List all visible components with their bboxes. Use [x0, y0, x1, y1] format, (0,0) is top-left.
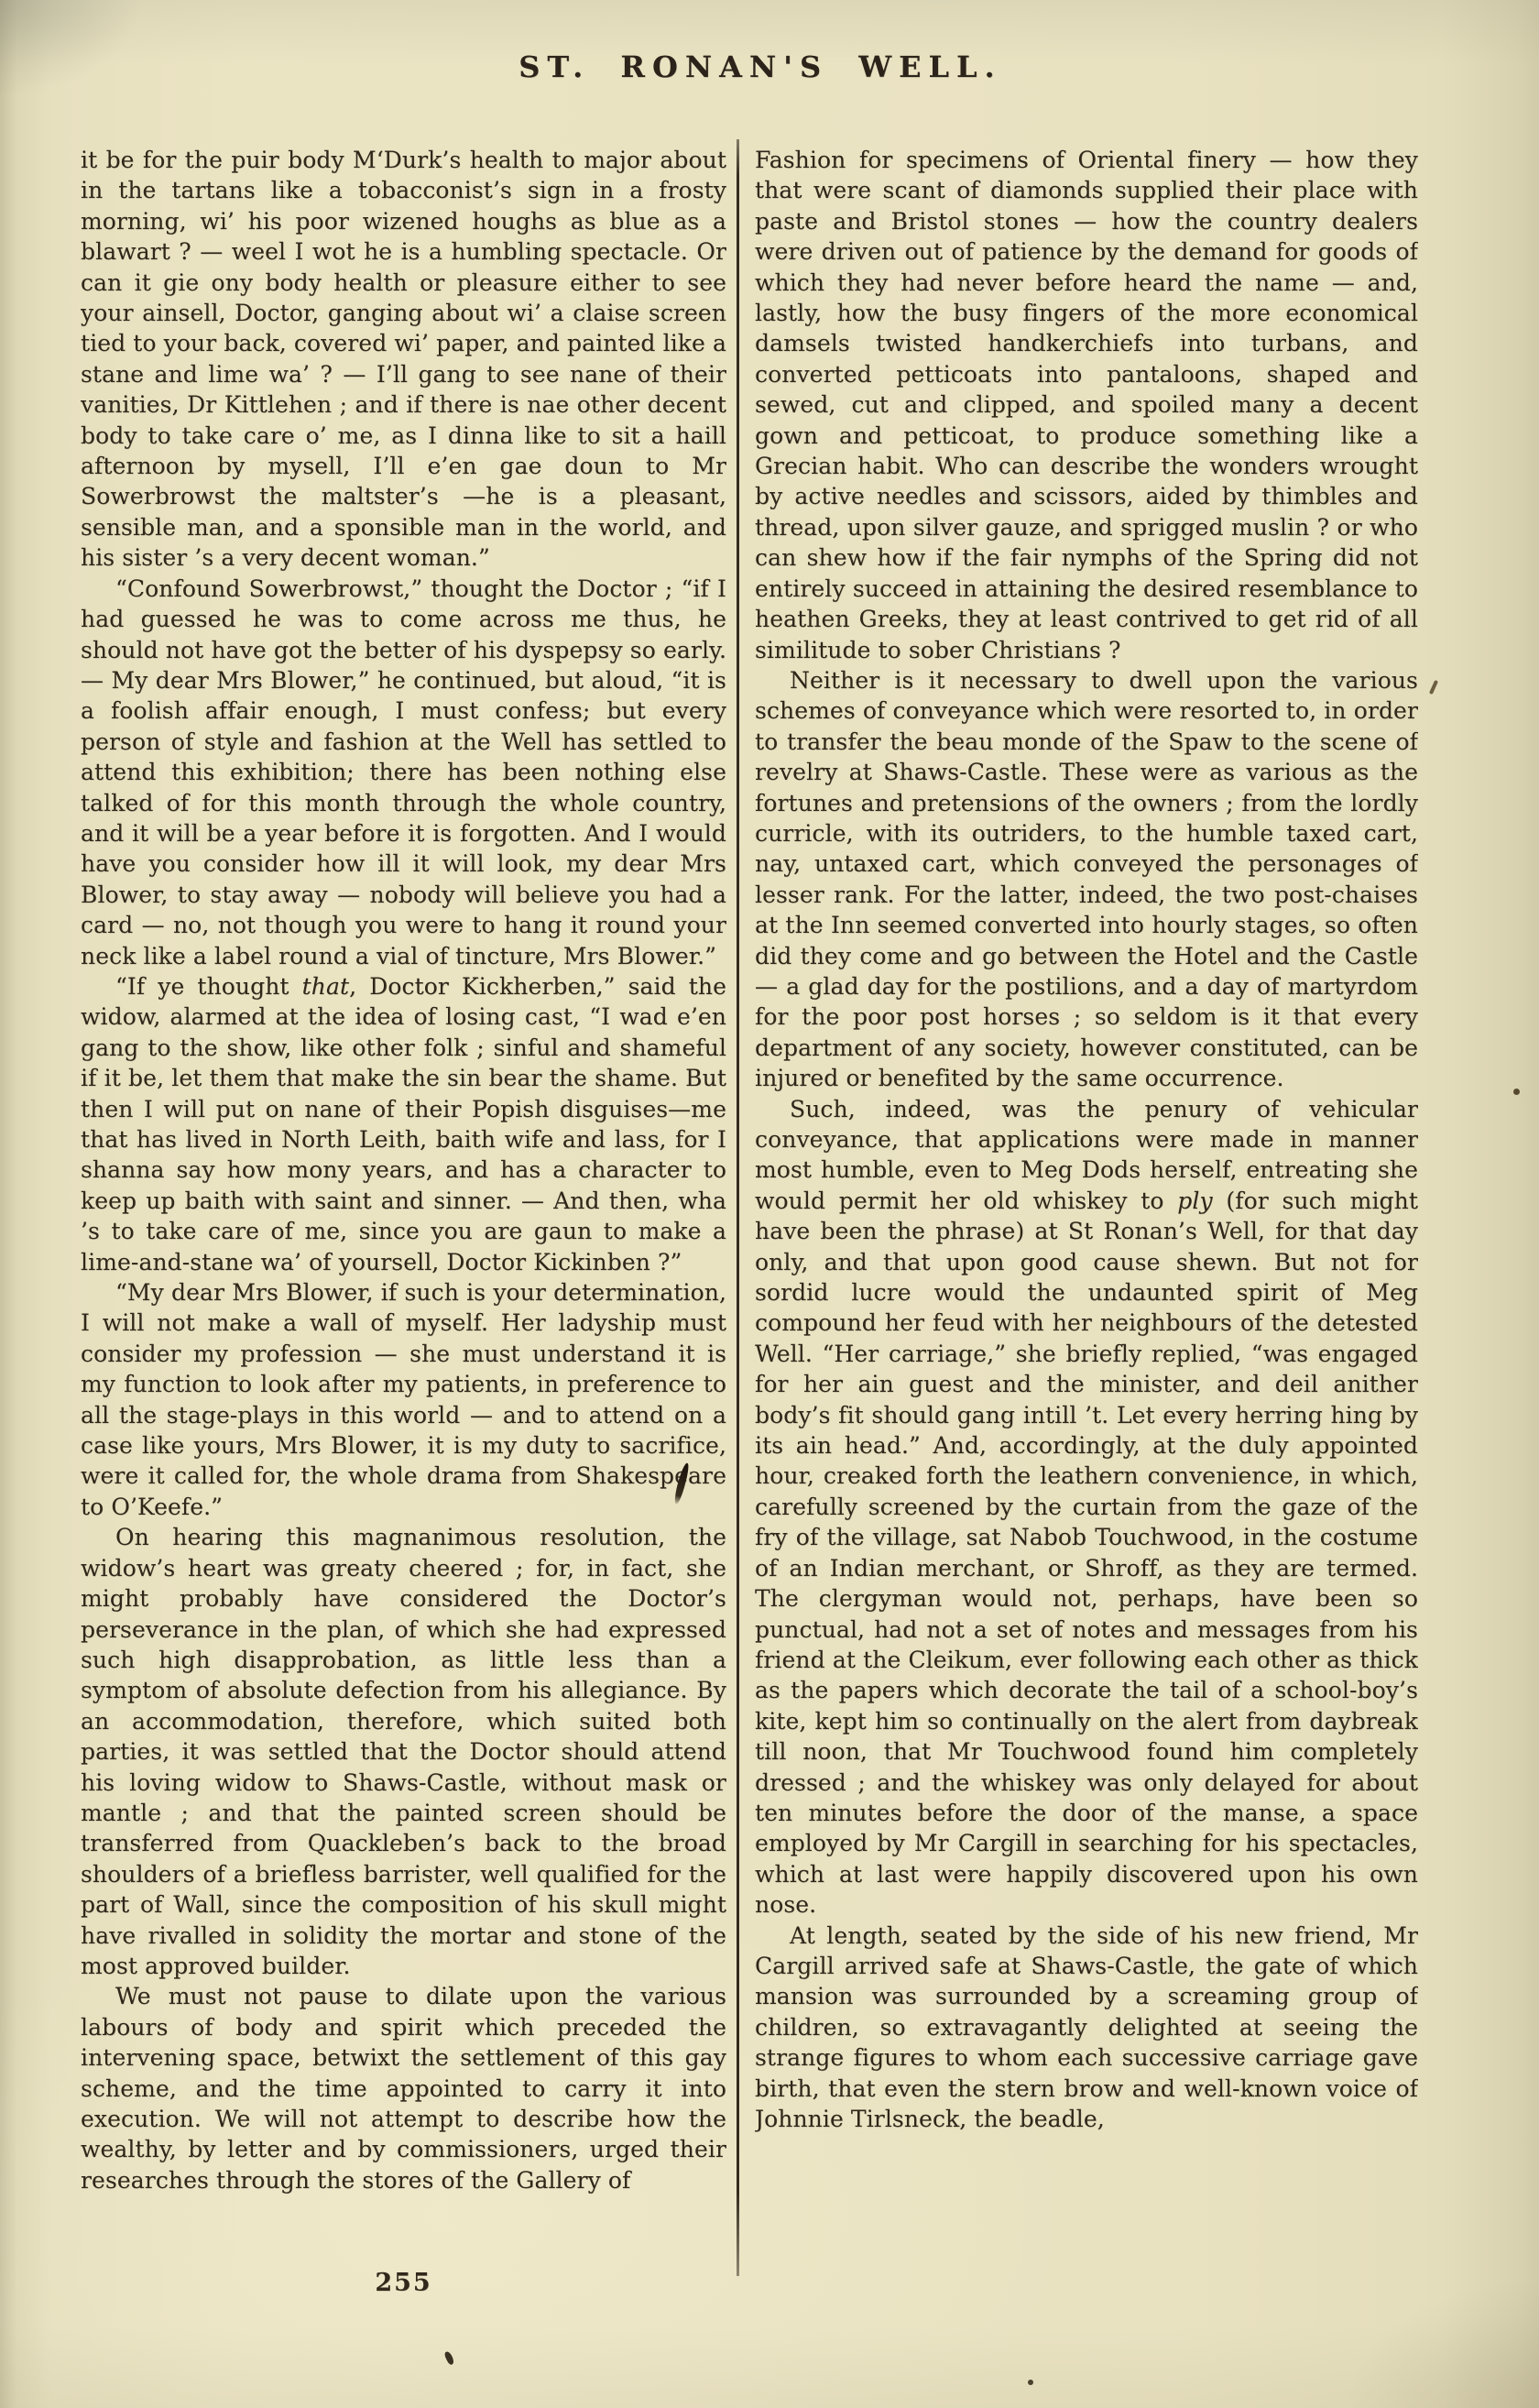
ink-speck	[1028, 2380, 1033, 2385]
paragraph: Neither is it necessary to dwell upon th…	[755, 665, 1418, 1094]
book-page: ST. RONAN'S WELL. it be for the puir bod…	[0, 0, 1539, 2408]
paragraph: On hearing this magnanimous resolution, …	[81, 1522, 726, 1981]
ink-speck	[1429, 680, 1438, 695]
text-run: “Confound Sowerbrowst,” thought the Doct…	[81, 575, 726, 969]
text-run: Fashion for specimens of Oriental finery…	[755, 147, 1418, 663]
page-number: 255	[81, 2269, 726, 2297]
paragraph: Fashion for specimens of Oriental finery…	[755, 145, 1418, 665]
column-divider-rule	[737, 139, 739, 2276]
text-column-left: it be for the puir body M‘Durk’s health …	[81, 145, 726, 2280]
text-column-right: Fashion for specimens of Oriental finery…	[755, 145, 1418, 2280]
paragraph: At length, seated by the side of his new…	[755, 1921, 1418, 2135]
paragraph: “Confound Sowerbrowst,” thought the Doct…	[81, 574, 726, 971]
italic-text-run: ply	[1177, 1188, 1212, 1214]
two-column-text-block: it be for the puir body M‘Durk’s health …	[0, 145, 1418, 2280]
paragraph: it be for the puir body M‘Durk’s health …	[81, 145, 726, 574]
paragraph: “My dear Mrs Blower, if such is your det…	[81, 1277, 726, 1522]
text-run: Neither is it necessary to dwell upon th…	[755, 667, 1418, 1091]
text-run: , Doctor Kickherben,” said the widow, al…	[81, 973, 726, 1275]
paragraph: Such, indeed, was the penury of vehicula…	[755, 1094, 1418, 1921]
text-run: “If ye thought	[115, 973, 302, 1000]
italic-text-run: that	[302, 973, 350, 1000]
running-head: ST. RONAN'S WELL.	[0, 49, 1521, 84]
text-run: We must not pause to dilate upon the var…	[81, 1983, 726, 2193]
paragraph: We must not pause to dilate upon the var…	[81, 1981, 726, 2195]
ink-speck	[443, 2350, 455, 2366]
text-run: it be for the puir body M‘Durk’s health …	[81, 147, 726, 571]
ink-speck	[1513, 1089, 1520, 1095]
paragraph: “If ye thought that, Doctor Kickherben,”…	[81, 971, 726, 1277]
text-run: (for such might have been the phrase) at…	[755, 1188, 1418, 1918]
text-run: At length, seated by the side of his new…	[755, 1922, 1418, 2132]
text-run: On hearing this magnanimous resolution, …	[81, 1524, 726, 1979]
text-run: “My dear Mrs Blower, if such is your det…	[81, 1279, 726, 1520]
